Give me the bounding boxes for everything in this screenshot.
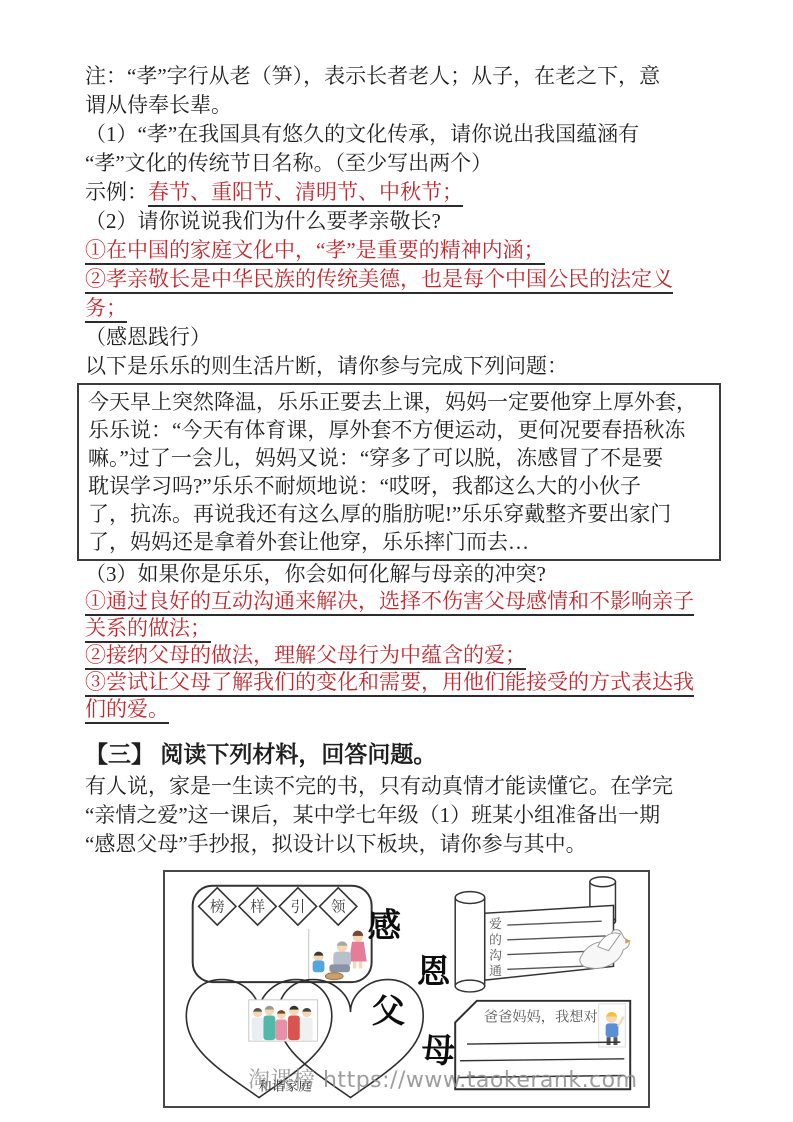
q1-prompt-line-1: （1）“孝”在我国具有悠久的文化传承，请你说出我国蕴涵有 (85, 120, 721, 149)
note-line-2: 谓从侍奉长辈。 (85, 91, 721, 120)
q3-answer-text-3: ②接纳父母的做法，理解父母行为中蕴含的爱； (85, 643, 526, 670)
title-char: 父 (372, 993, 406, 1030)
q3-answer-line: ③尝试让父母了解我们的变化和需要，用他们能接受的方式表达我 (85, 669, 721, 696)
q1-prompt-line-2: “孝”文化的传统节日名称。（至少写出两个） (85, 149, 721, 178)
q3-answer-line: 们的爱。 (85, 696, 721, 723)
q2-answer-line: ①在中国的家庭文化中，“孝”是重要的精神内涵； (85, 236, 721, 265)
section3-intro-line: 有人说，家是一生读不完的书，只有动真情才能读懂它。在学完 (85, 772, 721, 801)
q1-answer-text: 春节、重阳节、清明节、中秋节； (148, 180, 463, 207)
banner-char: 引 (291, 897, 306, 915)
practice-intro: 以下是乐乐的则生活片断，请你参与完成下列问题： (85, 352, 721, 381)
banner-panel: 榜 样 引 领 (193, 886, 372, 982)
scroll-char: 爱 (489, 917, 502, 931)
boy-illustration (599, 1004, 626, 1047)
scroll-char: 沟 (489, 949, 502, 963)
q1-answer-line: 示例：春节、重阳节、清明节、中秋节； (85, 178, 721, 207)
section3-intro-line: “感恩父母”手抄报，拟设计以下板块，请你参与其中。 (85, 830, 721, 859)
q1-answer-label: 示例： (85, 180, 148, 204)
document-content: 注：“孝”字行从老（笋），表示长者老人；从子，在老之下，意 谓从侍奉长辈。 （1… (85, 62, 721, 859)
story-line: 了，抗冻。再说我还有这么厚的脂肪呢!”乐乐穿戴整齐要出家门 (88, 500, 710, 528)
q2-answer-text-2: ②孝亲敬长是中华民族的传统美德，也是每个中国公民的法定义 (85, 267, 673, 294)
scroll-illustration: 爱 的 沟 通 (455, 877, 631, 992)
note-line-1: 注：“孝”字行从老（笋），表示长者老人；从子，在老之下，意 (85, 62, 721, 91)
q2-answer-line: ②孝亲敬长是中华民族的传统美德，也是每个中国公民的法定义 (85, 265, 721, 294)
q3-answer-text-2: 关系的做法； (85, 616, 211, 643)
q3-answer-line: 关系的做法； (85, 615, 721, 642)
banner-char: 榜 (210, 897, 225, 915)
q3-answer-line: ②接纳父母的做法，理解父母行为中蕴含的爱； (85, 642, 721, 669)
q3-prompt: （3）如果你是乐乐，你会如何化解与母亲的冲突? (85, 561, 721, 588)
q3-answer-text-4: ③尝试让父母了解我们的变化和需要，用他们能接受的方式表达我 (85, 670, 694, 697)
scroll-char: 通 (489, 964, 502, 978)
children-serving-elder-illustration (313, 931, 367, 980)
q2-prompt: （2）请你说说我们为什么要孝亲敬长? (85, 207, 721, 236)
section3-heading: 【三】 阅读下列材料，回答问题。 (85, 739, 721, 769)
q2-answer-text-3: 务； (85, 296, 127, 323)
story-line: 嘛。”过了一会儿，妈妈又说：“穿多了可以脱，冻感冒了不是要 (88, 444, 710, 472)
family-photo-illustration (249, 1000, 318, 1041)
watermark: 淘课榜 https://www.taokerank.com (248, 1063, 638, 1094)
section3-intro-line: “亲情之爱”这一课后，某中学七年级（1）班某小组准备出一期 (85, 801, 721, 830)
banner-char: 领 (331, 898, 346, 915)
q3-block: （3）如果你是乐乐，你会如何化解与母亲的冲突? ①通过良好的互动沟通来解决，选择… (85, 561, 721, 723)
title-char: 感 (368, 908, 402, 945)
story-line: 了，妈妈还是拿着外套让他穿，乐乐摔门而去… (88, 528, 710, 556)
story-line: 今天早上突然降温，乐乐正要去上课，妈妈一定要他穿上厚外套， (88, 388, 710, 416)
scroll-char: 的 (489, 933, 502, 947)
story-line: 耽误学习吗?”乐乐不耐烦地说：“哎呀，我都这么大的小伙子 (88, 472, 710, 500)
story-line: 乐乐说：“今天有体育课，厚外套不方便运动，更何况要春捂秋冻 (88, 416, 710, 444)
q3-answer-text-1: ①通过良好的互动沟通来解决，选择不伤害父母感情和不影响亲子 (85, 589, 694, 616)
banner-char: 样 (250, 898, 265, 915)
worksheet-page: 注：“孝”字行从老（笋），表示长者老人；从子，在老之下，意 谓从侍奉长辈。 （1… (0, 0, 793, 1122)
q2-answer-line: 务； (85, 294, 721, 323)
q3-answer-text-5: 们的爱。 (85, 697, 169, 724)
title-char: 恩 (417, 954, 451, 991)
practice-tag: （感恩践行） (85, 323, 721, 352)
story-box: 今天早上突然降温，乐乐正要去上课，妈妈一定要他穿上厚外套， 乐乐说：“今天有体育… (77, 383, 721, 561)
q3-answer-line: ①通过良好的互动沟通来解决，选择不伤害父母感情和不影响亲子 (85, 588, 721, 615)
q2-answer-text-1: ①在中国的家庭文化中，“孝”是重要的精神内涵； (85, 238, 545, 265)
